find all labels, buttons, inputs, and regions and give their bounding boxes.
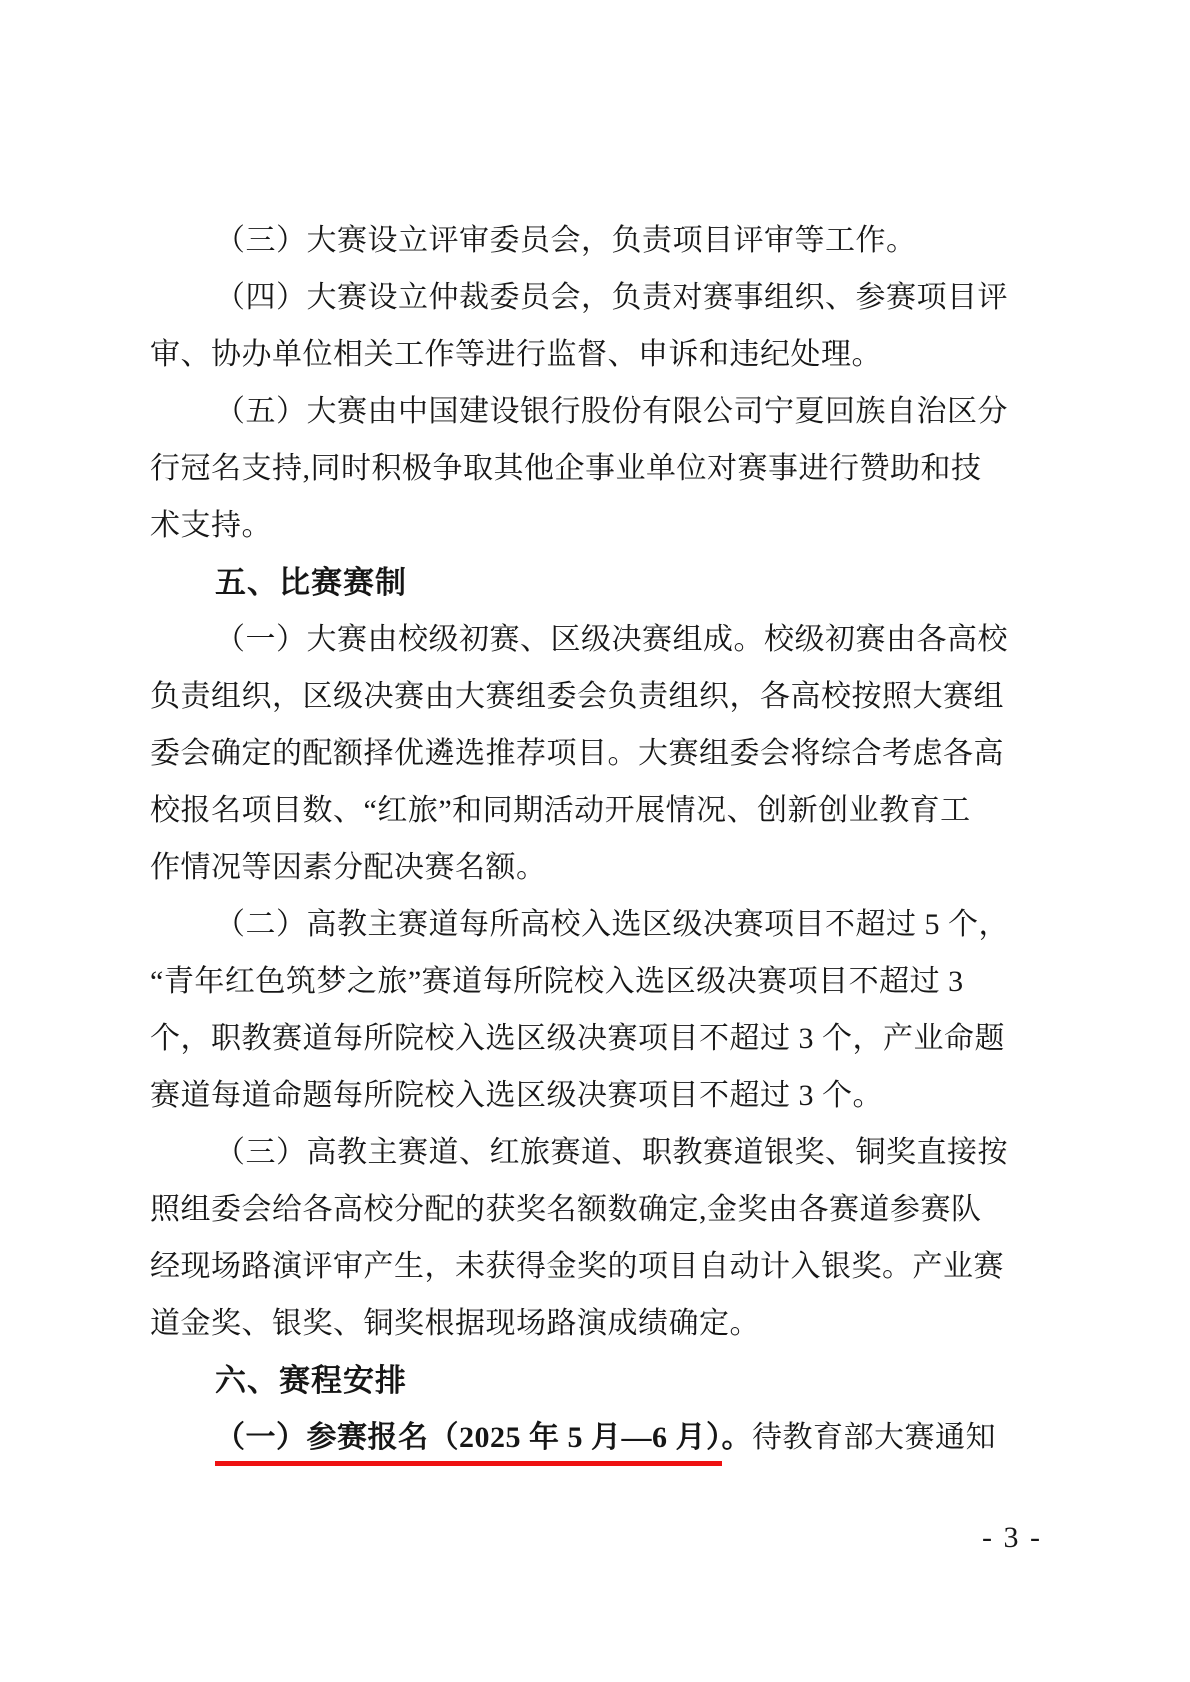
paragraph-line: 负责组织，区级决赛由大赛组委会负责组织，各高校按照大赛组 bbox=[150, 668, 995, 725]
schedule-bold-underlined-text: （一）参赛报名（2025 年 5 月—6 月） bbox=[215, 1421, 722, 1466]
paragraph-line: 行冠名支持,同时积极争取其他企事业单位对赛事进行赞助和技 bbox=[150, 440, 995, 497]
schedule-regular-text: 待教育部大赛通知 bbox=[752, 1421, 996, 1454]
document-body: （三）大赛设立评审委员会，负责项目评审等工作。 （四）大赛设立仲裁委员会，负责对… bbox=[150, 212, 995, 1466]
section-heading-5: 五、比赛赛制 bbox=[150, 554, 995, 611]
paragraph-line: 经现场路演评审产生，未获得金奖的项目自动计入银奖。产业赛 bbox=[150, 1238, 995, 1295]
paragraph-line: （二）高教主赛道每所高校入选区级决赛项目不超过 5 个， bbox=[150, 896, 995, 953]
section-heading-6: 六、赛程安排 bbox=[150, 1352, 995, 1409]
schedule-bold-period: 。 bbox=[722, 1421, 753, 1454]
schedule-signup-line: （一）参赛报名（2025 年 5 月—6 月）。待教育部大赛通知 bbox=[150, 1409, 995, 1466]
paragraph-line: （五）大赛由中国建设银行股份有限公司宁夏回族自治区分 bbox=[150, 383, 995, 440]
paragraph-line: 赛道每道命题每所院校入选区级决赛项目不超过 3 个。 bbox=[150, 1067, 995, 1124]
paragraph-line: 校报名项目数、“红旅”和同期活动开展情况、创新创业教育工 bbox=[150, 782, 995, 839]
paragraph-line: “青年红色筑梦之旅”赛道每所院校入选区级决赛项目不超过 3 bbox=[150, 953, 995, 1010]
paragraph-line: 照组委会给各高校分配的获奖名额数确定,金奖由各赛道参赛队 bbox=[150, 1181, 995, 1238]
paragraph-line: 委会确定的配额择优遴选推荐项目。大赛组委会将综合考虑各高 bbox=[150, 725, 995, 782]
paragraph-line: （一）大赛由校级初赛、区级决赛组成。校级初赛由各高校 bbox=[150, 611, 995, 668]
paragraph-line: 作情况等因素分配决赛名额。 bbox=[150, 839, 995, 896]
paragraph-line: （四）大赛设立仲裁委员会，负责对赛事组织、参赛项目评 bbox=[150, 269, 995, 326]
paragraph-line: 审、协办单位相关工作等进行监督、申诉和违纪处理。 bbox=[150, 326, 995, 383]
page-number: - 3 - bbox=[982, 1518, 1042, 1558]
document-page: （三）大赛设立评审委员会，负责项目评审等工作。 （四）大赛设立仲裁委员会，负责对… bbox=[0, 0, 1190, 1682]
paragraph-line: 道金奖、银奖、铜奖根据现场路演成绩确定。 bbox=[150, 1295, 995, 1352]
paragraph-line: （三）高教主赛道、红旅赛道、职教赛道银奖、铜奖直接按 bbox=[150, 1124, 995, 1181]
paragraph-line: 术支持。 bbox=[150, 497, 995, 554]
paragraph-line: （三）大赛设立评审委员会，负责项目评审等工作。 bbox=[150, 212, 995, 269]
paragraph-line: 个，职教赛道每所院校入选区级决赛项目不超过 3 个，产业命题 bbox=[150, 1010, 995, 1067]
